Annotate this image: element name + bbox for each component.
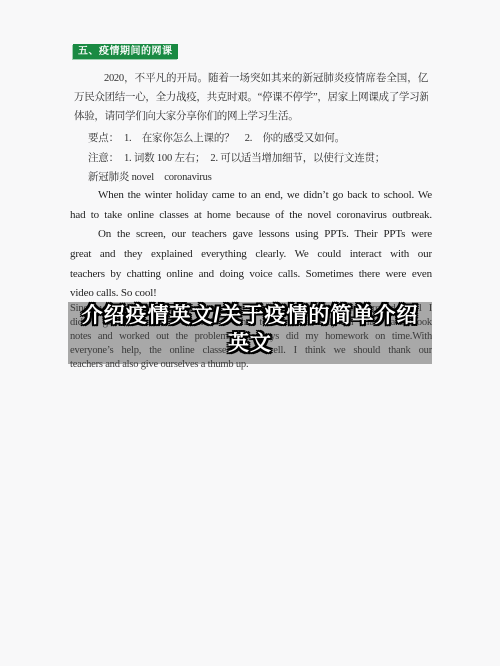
prompt-intro: 2020，不平凡的开局。随着一场突如其来的新冠肺炎疫情席卷全国，亿 万民众团结一… <box>74 69 428 126</box>
essay-line: teachers by chatting online and doing vo… <box>70 265 432 285</box>
prompt-vocab-line: 新冠肺炎 novel coronavirus <box>88 169 212 184</box>
essay-line: had to take online classes at home becau… <box>70 206 432 226</box>
prompt-points-line: 要点： 1. 在家你怎么上课的？ 2. 你的感受又如何。 <box>88 130 345 145</box>
document-page: 五、疫情期间的网课 2020，不平凡的开局。随着一场突如其来的新冠肺炎疫情席卷全… <box>0 0 500 666</box>
essay-line: teachers and also give ourselves a thumb… <box>70 358 432 372</box>
prompt-intro-line: 万民众团结一心，全力战疫，共克时艰。“停课不停学”，居家上网课成了学习新 <box>74 88 428 107</box>
prompt-intro-line: 2020，不平凡的开局。随着一场突如其来的新冠肺炎疫情席卷全国，亿 <box>74 69 428 88</box>
overlay-title-line2: 英文 <box>68 330 432 358</box>
essay-line: On the screen, our teachers gave lessons… <box>70 225 432 245</box>
essay-body: When the winter holiday came to an end, … <box>70 186 432 304</box>
essay-line: When the winter holiday came to an end, … <box>70 186 432 206</box>
section-badge: 五、疫情期间的网课 <box>73 44 178 59</box>
prompt-notes-line: 注意： 1. 词数 100 左右； 2. 可以适当增加细节，以使行文连贯； <box>88 150 385 165</box>
essay-line: great and they explained everything clea… <box>70 245 432 265</box>
overlay-title-line1: 介绍疫情英文/关于疫情的简单介绍 <box>68 302 432 330</box>
prompt-intro-line: 体验，请同学们向大家分享你们的网上学习生活。 <box>74 107 428 126</box>
overlay-title: 介绍疫情英文/关于疫情的简单介绍 英文 <box>68 302 432 358</box>
